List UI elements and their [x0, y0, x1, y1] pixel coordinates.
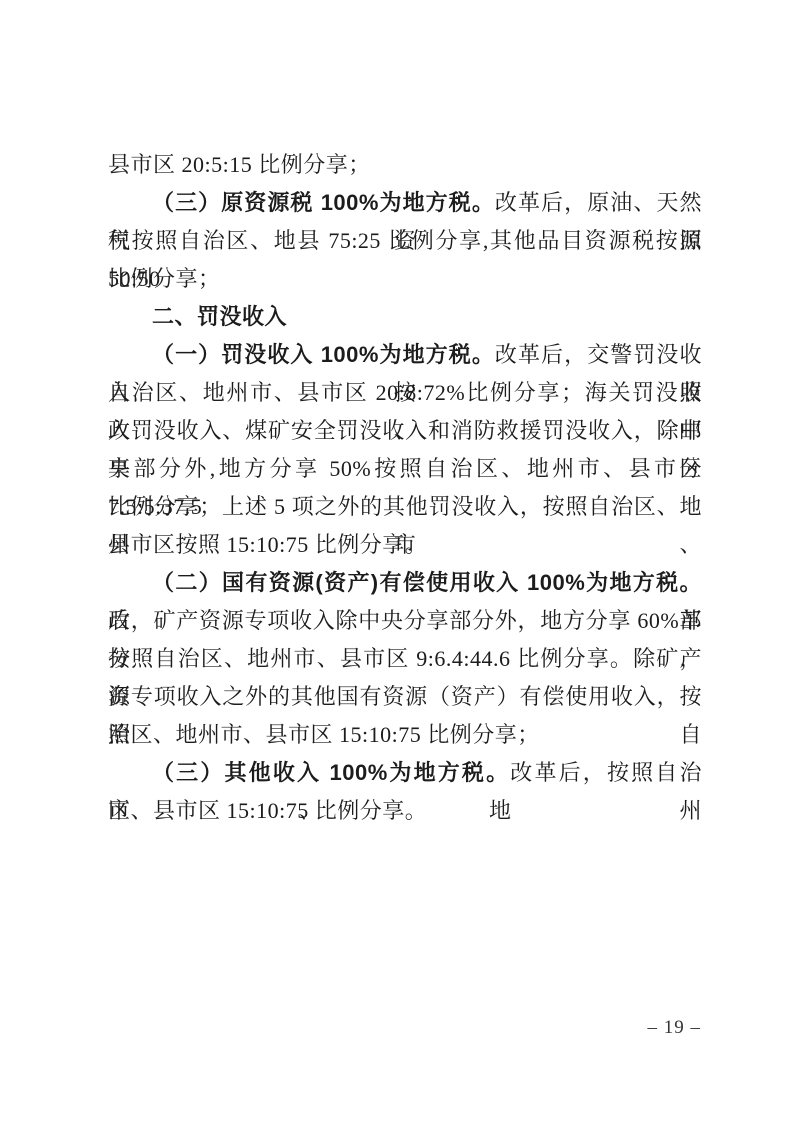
- text-line: 县市区 20:5:15 比例分享；: [108, 146, 702, 184]
- text-segment: 市、县市区 15:10:75 比例分享。: [108, 798, 427, 823]
- text-line: 后，矿产资源专项收入除中央分享部分外，地方分享 60%部分，: [108, 602, 702, 640]
- text-segment: 县市区按照 15:10:75 比例分享。: [108, 532, 427, 557]
- text-line: 按照自治区、地州市、县市区 9:6.4:44.6 比例分享。除矿产资: [108, 640, 702, 678]
- document-body: 县市区 20:5:15 比例分享；（三）原资源税 100%为地方税。改革后，原油…: [108, 146, 702, 830]
- bold-text-segment: （二）国有资源(资产)有偿使用收入 100%为地方税。: [152, 570, 702, 595]
- text-line: 自治区、地州市、县市区 20:8:72%比例分享；海关罚没收入、邮: [108, 374, 702, 412]
- page-number: – 19 –: [648, 1016, 702, 1040]
- text-segment: 治区、地州市、县市区 15:10:75 比例分享；: [108, 722, 540, 747]
- document-page: 县市区 20:5:15 比例分享；（三）原资源税 100%为地方税。改革后，原油…: [0, 0, 793, 1122]
- text-segment: 县市区 20:5:15 比例分享；: [108, 152, 371, 177]
- bold-text-segment: （一）罚没收入 100%为地方税。: [152, 342, 495, 367]
- bold-text-segment: （三）原资源税 100%为地方税。: [152, 190, 495, 215]
- text-line: 源专项收入之外的其他国有资源（资产）有偿使用收入，按照自: [108, 678, 702, 716]
- text-line: （三）其他收入 100%为地方税。改革后，按照自治区、地州: [108, 754, 702, 792]
- text-line: （二）国有资源(资产)有偿使用收入 100%为地方税。改革: [108, 564, 702, 602]
- text-segment: 比例分享；: [108, 266, 221, 291]
- text-line: 税按照自治区、地县 75:25 比例分享,其他品目资源税按照 50:50: [108, 222, 702, 260]
- text-line: 政罚没收入、煤矿安全罚没收入和消防救援罚没收入，除中央分: [108, 412, 702, 450]
- bold-text-segment: （三）其他收入 100%为地方税。: [152, 760, 510, 785]
- text-line: （一）罚没收入 100%为地方税。改革后，交警罚没收入按照: [108, 336, 702, 374]
- text-line: 比例分享；: [108, 260, 702, 298]
- text-line: （三）原资源税 100%为地方税。改革后，原油、天然气资源: [108, 184, 702, 222]
- bold-text-segment: 二、罚没收入: [152, 304, 287, 329]
- text-line: 比例分享；上述 5 项之外的其他罚没收入，按照自治区、地州市、: [108, 488, 702, 526]
- text-line: 二、罚没收入: [108, 298, 702, 336]
- text-line: 享部分外,地方分享 50%按照自治区、地州市、县市区 7.5:5:37.5: [108, 450, 702, 488]
